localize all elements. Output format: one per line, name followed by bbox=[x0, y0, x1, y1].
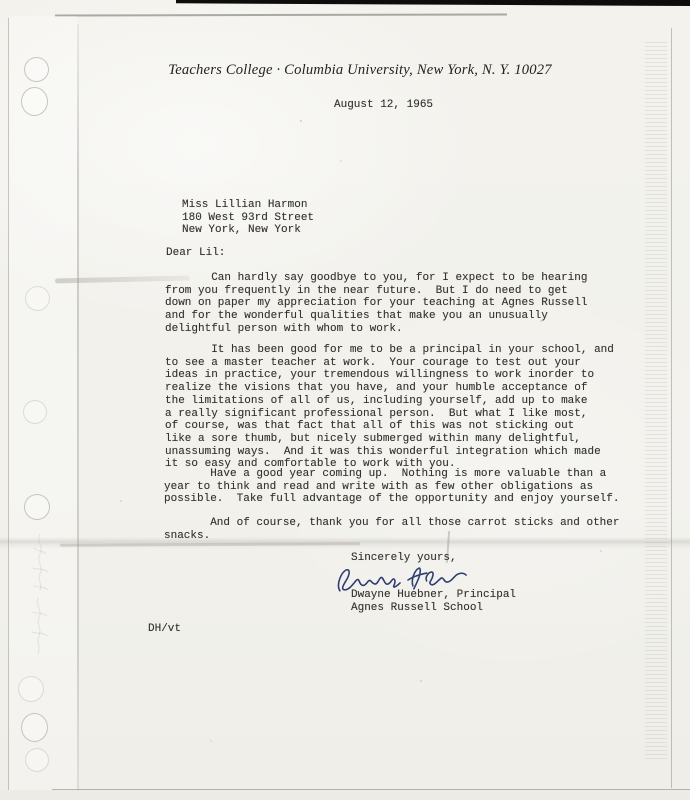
punch-hole bbox=[18, 676, 44, 702]
punch-hole bbox=[24, 57, 49, 82]
page-left-edge-line bbox=[8, 18, 9, 800]
punch-hole bbox=[25, 748, 49, 772]
punch-hole bbox=[21, 87, 48, 116]
page-right-edge-line bbox=[671, 28, 672, 788]
scanned-letter-page: Teachers College · Columbia University, … bbox=[0, 0, 690, 800]
faint-stamp-mark bbox=[20, 528, 62, 668]
body-paragraph-3: Have a good year coming up. Nothing is m… bbox=[164, 468, 619, 506]
reference-initials: DH/vt bbox=[148, 623, 181, 636]
scan-background-bottom bbox=[0, 790, 690, 800]
body-paragraph-1: Can hardly say goodbye to you, for I exp… bbox=[165, 272, 587, 336]
body-paragraph-4: And of course, thank you for all those c… bbox=[164, 517, 619, 542]
body-paragraph-2: It has been good for me to be a principa… bbox=[165, 344, 614, 471]
salutation: Dear Lil: bbox=[166, 247, 225, 260]
right-edge-texture bbox=[645, 42, 667, 760]
recipient-address: Miss Lillian Harmon 180 West 93rd Street… bbox=[182, 199, 314, 237]
left-fold-crease bbox=[77, 24, 79, 800]
signature-block: Dwayne Huebner, Principal Agnes Russell … bbox=[351, 589, 516, 614]
punch-hole bbox=[24, 494, 50, 520]
punch-hole bbox=[23, 400, 47, 424]
page-top-edge-line bbox=[55, 14, 507, 17]
date-line: August 12, 1965 bbox=[334, 99, 433, 112]
scan-edge-top-black-bar bbox=[176, 0, 690, 6]
letterhead: Teachers College · Columbia University, … bbox=[150, 62, 570, 79]
punch-hole bbox=[25, 286, 50, 311]
punch-hole bbox=[21, 713, 48, 742]
paper-speckles bbox=[300, 120, 302, 122]
